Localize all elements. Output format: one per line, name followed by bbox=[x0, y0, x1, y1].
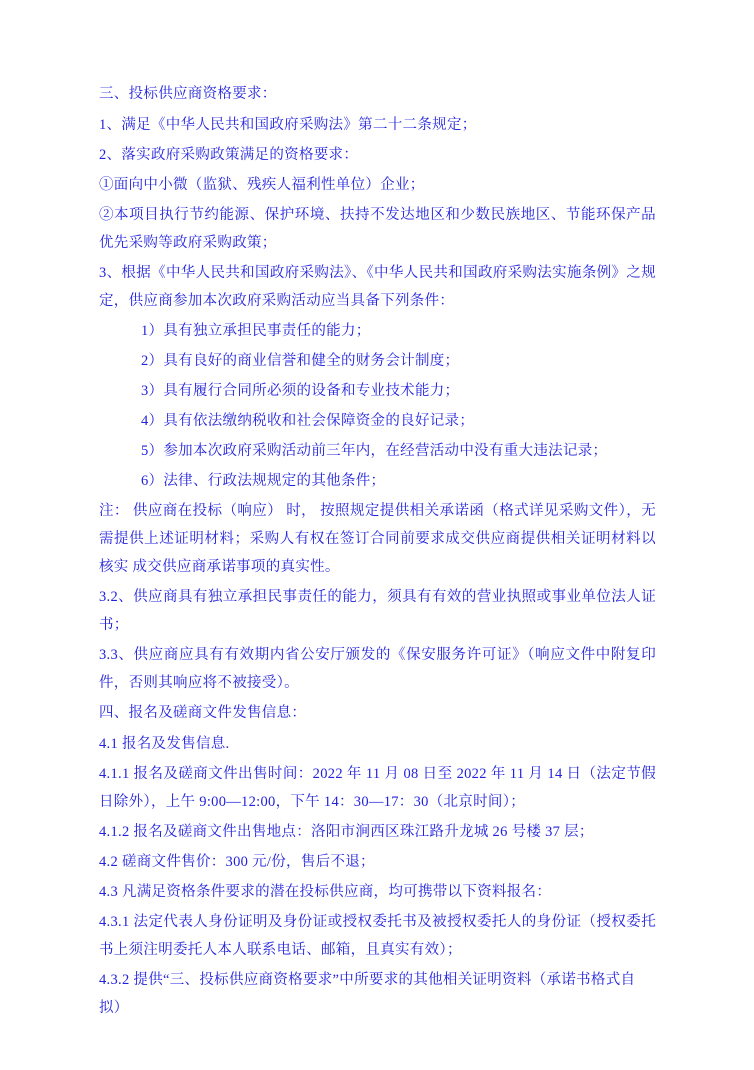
document-page: 三、投标供应商资格要求： 1、满足《中华人民共和国政府采购法》第二十二条规定； … bbox=[0, 0, 754, 1070]
condition-item-6: 6）法律、行政法规规定的其他条件； bbox=[99, 467, 656, 495]
sale-time-item-4-1-1: 4.1.1 报名及磋商文件出售时间：2022 年 11 月 08 日至 2022… bbox=[99, 760, 656, 816]
note-paragraph: 注： 供应商在投标（响应） 时， 按照规定提供相关承诺函（格式详见采购文件），无… bbox=[99, 497, 656, 581]
policy-subitem-1: ①面向中小微（监狱、残疾人福利性单位）企业； bbox=[99, 171, 656, 199]
registration-item-4-3: 4.3 凡满足资格条件要求的潜在投标供应商，均可携带以下资料报名： bbox=[99, 878, 656, 906]
registration-item-4-1: 4.1 报名及发售信息. bbox=[99, 730, 656, 758]
section-4-heading: 四、报名及磋商文件发售信息： bbox=[99, 699, 656, 727]
qualification-item-1: 1、满足《中华人民共和国政府采购法》第二十二条规定； bbox=[99, 111, 656, 139]
qualification-item-3: 3、根据《中华人民共和国政府采购法》、《中华人民共和国政府采购法实施条例》之规定… bbox=[99, 259, 656, 315]
condition-item-5: 5）参加本次政府采购活动前三年内，在经营活动中没有重大违法记录； bbox=[99, 437, 656, 465]
document-body: 三、投标供应商资格要求： 1、满足《中华人民共和国政府采购法》第二十二条规定； … bbox=[99, 80, 656, 1024]
sale-place-item-4-1-2: 4.1.2 报名及磋商文件出售地点：洛阳市涧西区珠江路升龙城 26 号楼 37 … bbox=[99, 818, 656, 846]
section-3-heading: 三、投标供应商资格要求： bbox=[99, 80, 656, 108]
qualification-item-3-2: 3.2、供应商具有独立承担民事责任的能力，须具有有效的营业执照或事业单位法人证书… bbox=[99, 583, 656, 639]
condition-item-4: 4）具有依法缴纳税收和社会保障资金的良好记录； bbox=[99, 407, 656, 435]
condition-item-2: 2）具有良好的商业信誉和健全的财务会计制度； bbox=[99, 347, 656, 375]
condition-item-1: 1）具有独立承担民事责任的能力； bbox=[99, 317, 656, 345]
condition-item-3: 3）具有履行合同所必须的设备和专业技术能力； bbox=[99, 377, 656, 405]
qualification-item-2: 2、落实政府采购政策满足的资格要求： bbox=[99, 141, 656, 169]
material-item-4-3-1: 4.3.1 法定代表人身份证明及身份证或授权委托书及被授权委托人的身份证（授权委… bbox=[99, 908, 656, 964]
price-item-4-2: 4.2 磋商文件售价：300 元/份，售后不退； bbox=[99, 848, 656, 876]
qualification-item-3-3: 3.3、供应商应具有有效期内省公安厅颁发的《保安服务许可证》（响应文件中附复印件… bbox=[99, 641, 656, 697]
policy-subitem-2: ②本项目执行节约能源、保护环境、扶持不发达地区和少数民族地区、节能环保产品优先采… bbox=[99, 201, 656, 257]
material-item-4-3-2: 4.3.2 提供“三、投标供应商资格要求”中所要求的其他相关证明资料（承诺书格式… bbox=[99, 966, 656, 1022]
